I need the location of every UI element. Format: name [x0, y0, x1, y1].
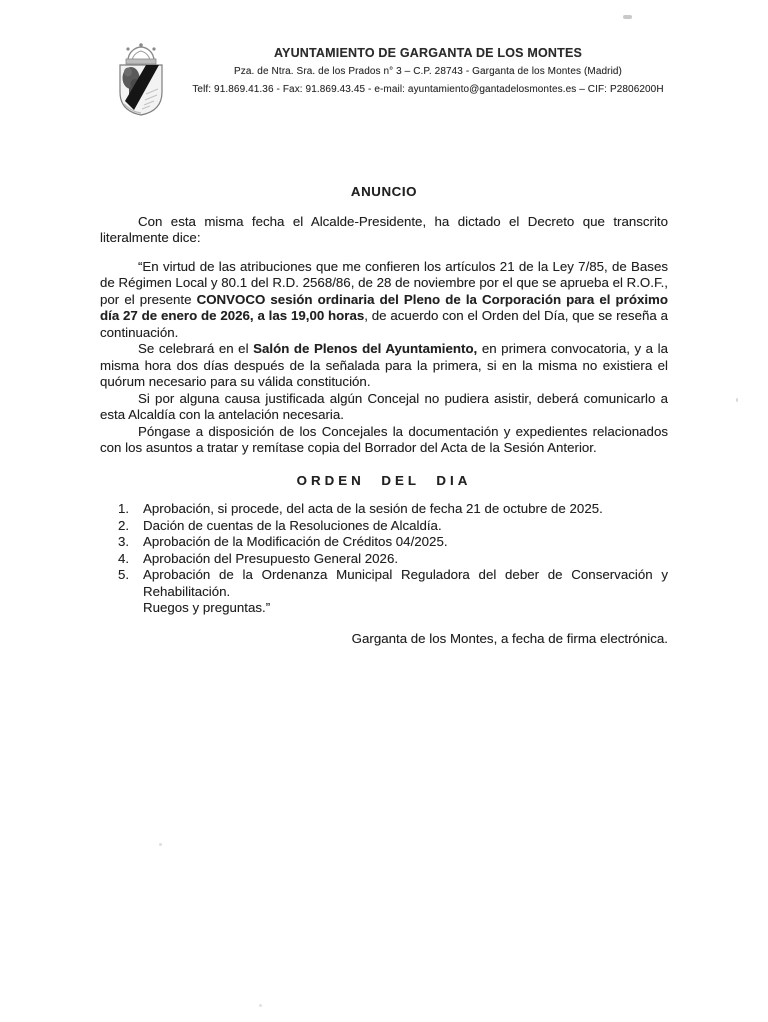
- decree-paragraph: Póngase a disposición de los Concejales …: [100, 424, 668, 457]
- letterhead: AYUNTAMIENTO DE GARGANTA DE LOS MONTES P…: [0, 40, 768, 120]
- scan-artifact: [623, 15, 632, 19]
- agenda-title: ORDEN DEL DIA: [100, 473, 668, 490]
- municipality-name: AYUNTAMIENTO DE GARGANTA DE LOS MONTES: [168, 46, 688, 60]
- decree-paragraph: Si por alguna causa justificada algún Co…: [100, 391, 668, 424]
- agenda-item-number: 5.: [118, 567, 143, 600]
- agenda-item-text: Aprobación de la Modificación de Crédito…: [143, 534, 668, 551]
- agenda-item-number: 2.: [118, 518, 143, 535]
- agenda-list: 1. Aprobación, si procede, del acta de l…: [100, 501, 668, 600]
- agenda-item-text: Aprobación de la Ordenanza Municipal Reg…: [143, 567, 668, 600]
- agenda-item-number: 1.: [118, 501, 143, 518]
- scan-artifact: [259, 1004, 262, 1007]
- document-body: ANUNCIO Con esta misma fecha el Alcalde-…: [100, 178, 668, 647]
- agenda-item-number: 4.: [118, 551, 143, 568]
- agenda-item-number: 3.: [118, 534, 143, 551]
- agenda-item-text: Aprobación, si procede, del acta de la s…: [143, 501, 668, 518]
- decree-paragraphs: “En virtud de las atribuciones que me co…: [100, 259, 668, 457]
- scan-artifact: [736, 398, 738, 402]
- agenda-item: 3. Aprobación de la Modificación de Créd…: [100, 534, 668, 551]
- agenda-closing-item: Ruegos y preguntas.”: [143, 600, 668, 617]
- coat-of-arms-icon: [114, 42, 168, 118]
- municipality-address: Pza. de Ntra. Sra. de los Prados n° 3 – …: [168, 66, 688, 77]
- signature-line: Garganta de los Montes, a fecha de firma…: [100, 631, 668, 648]
- scanned-document-page: AYUNTAMIENTO DE GARGANTA DE LOS MONTES P…: [0, 0, 768, 1022]
- decree-paragraph: Se celebrará en el Salón de Plenos del A…: [100, 341, 668, 391]
- letterhead-text: AYUNTAMIENTO DE GARGANTA DE LOS MONTES P…: [168, 46, 688, 102]
- decree-paragraph: “En virtud de las atribuciones que me co…: [100, 259, 668, 342]
- scan-artifact: [159, 843, 162, 846]
- agenda-item: 4. Aprobación del Presupuesto General 20…: [100, 551, 668, 568]
- intro-paragraph: Con esta misma fecha el Alcalde-Presiden…: [100, 214, 668, 247]
- announcement-title: ANUNCIO: [100, 184, 668, 201]
- agenda-item-text: Aprobación del Presupuesto General 2026.: [143, 551, 668, 568]
- agenda-item: 1. Aprobación, si procede, del acta de l…: [100, 501, 668, 518]
- agenda-item: 2. Dación de cuentas de la Resoluciones …: [100, 518, 668, 535]
- agenda-item: 5. Aprobación de la Ordenanza Municipal …: [100, 567, 668, 600]
- agenda-item-text: Dación de cuentas de la Resoluciones de …: [143, 518, 668, 535]
- municipality-contact: Telf: 91.869.41.36 - Fax: 91.869.43.45 -…: [168, 84, 688, 95]
